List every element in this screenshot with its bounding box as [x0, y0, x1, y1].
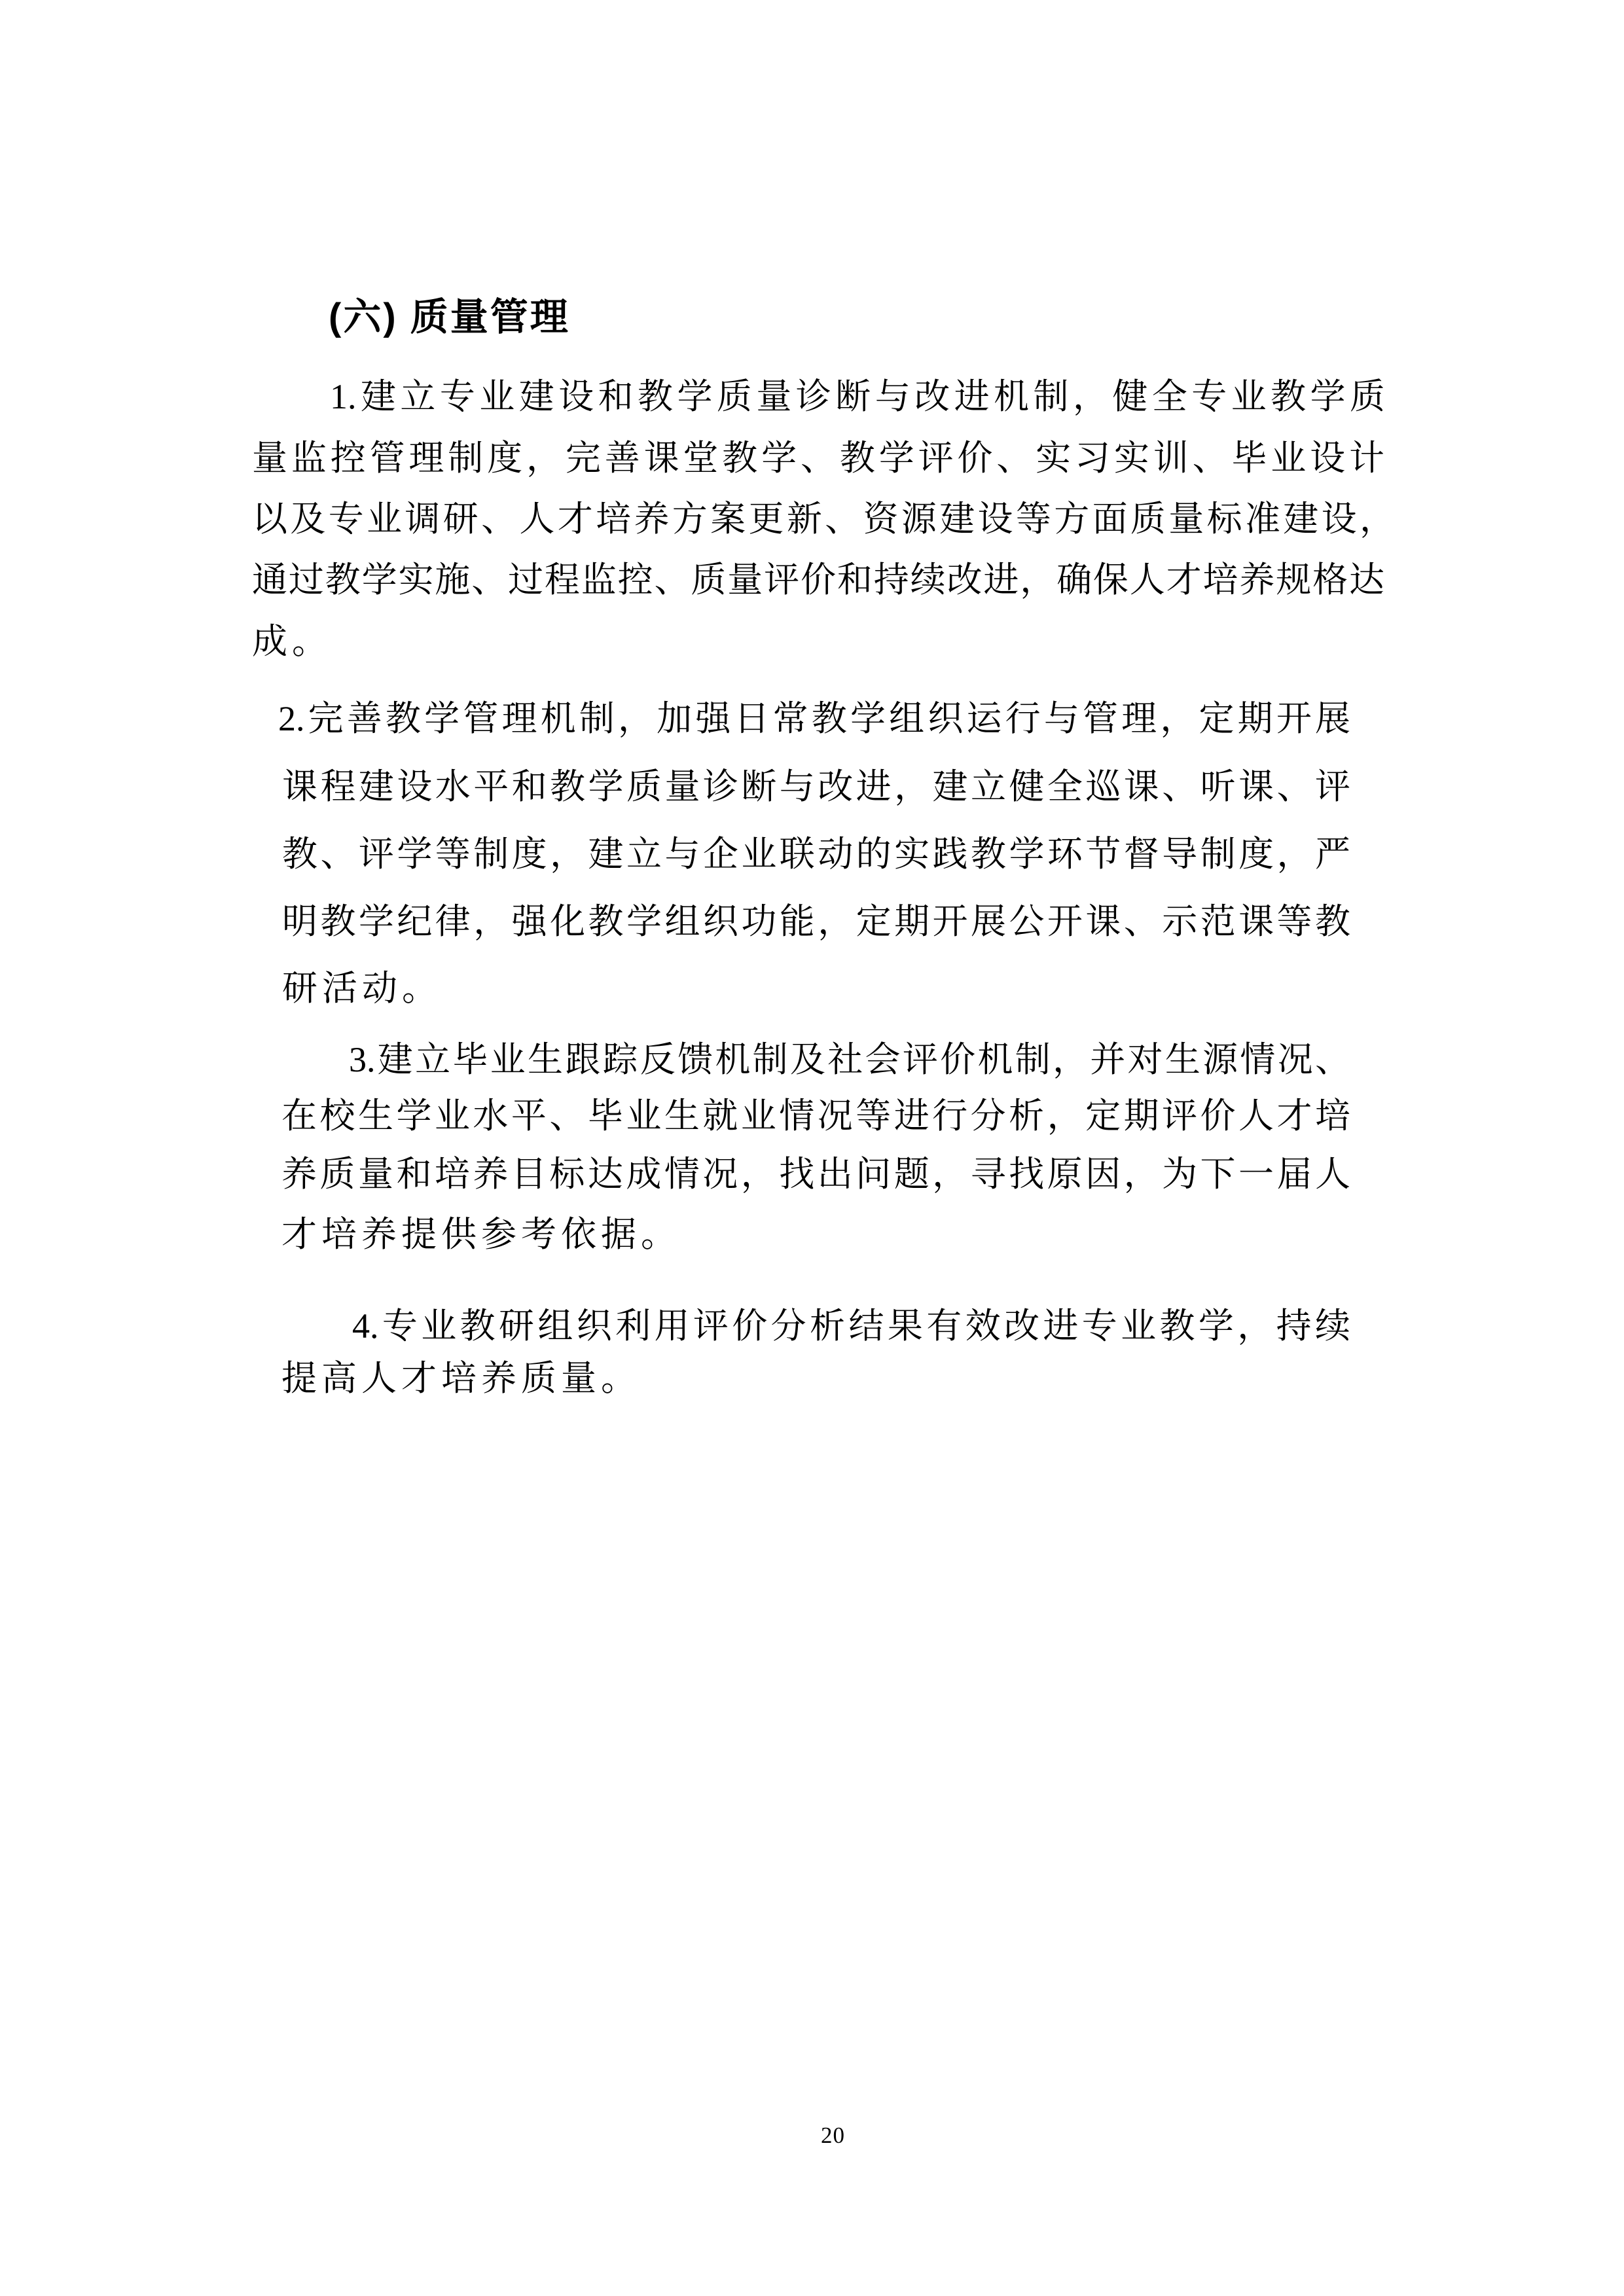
- text-line: 课程建设水平和教学质量诊断与改进，建立健全巡课、听课、评: [282, 767, 1350, 806]
- section-heading: (六) 质量管理: [329, 296, 570, 339]
- text-line: 教、评学等制度，建立与企业联动的实践教学环节督导制度，严: [282, 834, 1350, 874]
- text-line: 2.完善教学管理机制，加强日常教学组织运行与管理，定期开展: [278, 699, 1350, 738]
- text-line: 4.专业教研组织利用评价分析结果有效改进专业教学，持续: [352, 1306, 1350, 1346]
- text-line: 通过教学实施、过程监控、质量评价和持续改进，确保人才培养规格达: [252, 560, 1384, 600]
- text-line: 在校生学业水平、毕业生就业情况等进行分析，定期评价人才培: [281, 1096, 1350, 1136]
- text-line: 成。: [252, 622, 332, 661]
- page-number: 20: [821, 2123, 845, 2148]
- text-line: 量监控管理制度，完善课堂教学、教学评价、实习实训、毕业设计: [252, 439, 1384, 478]
- text-line: 3.建立毕业生跟踪反馈机制及社会评价机制，并对生源情况、: [349, 1040, 1350, 1079]
- text-line: 提高人才培养质量。: [281, 1359, 641, 1398]
- text-line: 养质量和培养目标达成情况，找出问题，寻找原因，为下一届人: [281, 1155, 1350, 1194]
- text-line: 研活动。: [282, 969, 442, 1008]
- text-line: 以及专业调研、人才培养方案更新、资源建设等方面质量标准建设，: [252, 499, 1395, 539]
- text-line: 1.建立专业建设和教学质量诊断与改进机制，健全专业教学质: [330, 377, 1385, 416]
- text-line: 明教学纪律，强化教学组织功能，定期开展公开课、示范课等教: [282, 902, 1350, 941]
- text-line: 才培养提供参考依据。: [281, 1215, 681, 1254]
- document-page: (六) 质量管理 1.建立专业建设和教学质量诊断与改进机制，健全专业教学质 量监…: [0, 0, 1624, 2296]
